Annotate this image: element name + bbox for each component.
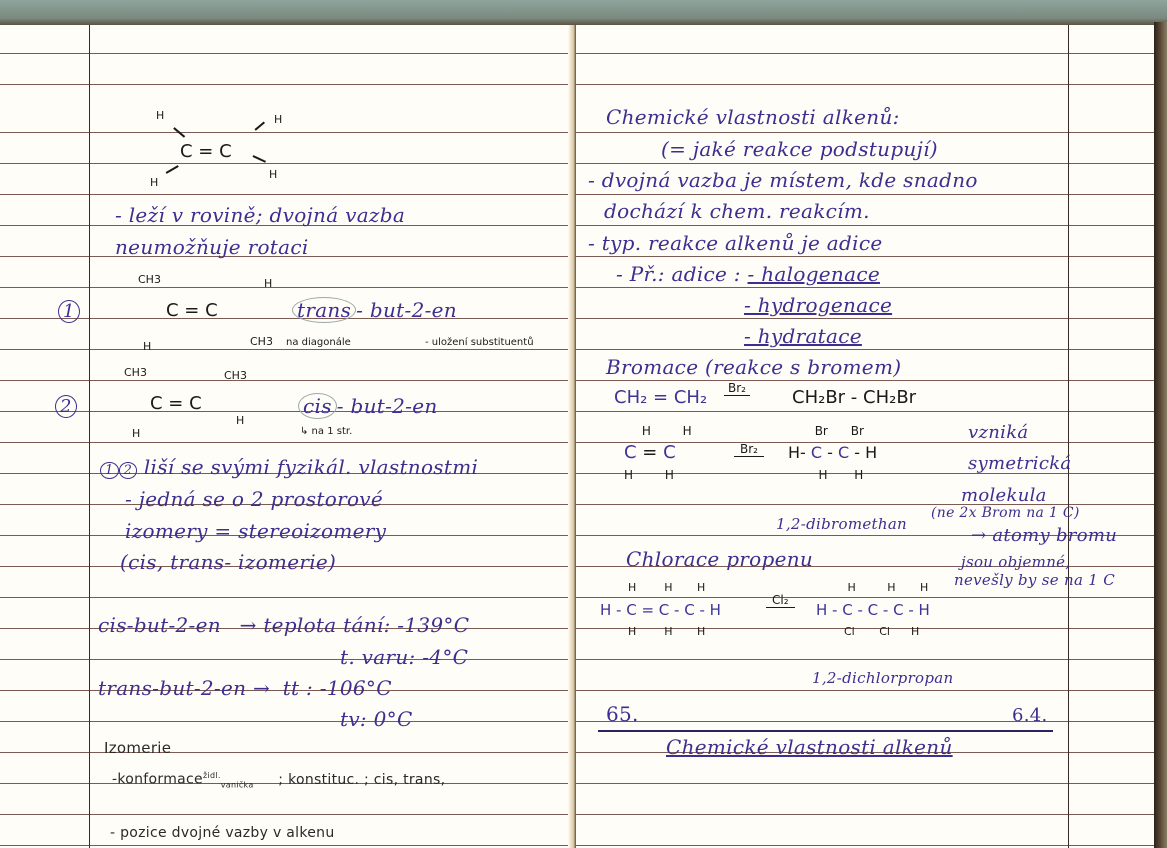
bromace-equation-right: CH₂Br - CH₂Br <box>792 387 916 408</box>
left-page: H H C = C H H - leží v rovině; dvojná va… <box>0 25 576 848</box>
dibromethane-structural: Br Br H- C - C - H H H <box>788 420 877 486</box>
property-cis-melting: cis-but-2-en → teplota tání: -139°C <box>98 613 469 637</box>
right-subheading: (= jaké reakce podstupují) <box>661 137 938 161</box>
difference-note-line-3: izomery = stereoizomery <box>125 519 386 543</box>
property-trans-boiling: tv: 0°C <box>340 707 413 731</box>
pencil-line-2: - pozice dvojné vazby v alkenu <box>110 825 335 841</box>
isomer-2-name: cis- but-2-en <box>298 393 438 419</box>
right-line-3: - typ. reakce alkenů je adice <box>588 231 882 255</box>
bromace-equation-left: CH₂ = CH₂ <box>614 387 707 408</box>
right-page: Chemické vlastnosti alkenů: (= jaké reak… <box>576 25 1154 848</box>
isomer-2-marker: 2 <box>55 395 77 418</box>
bromace-product-name: 1,2-dibromethan <box>776 515 907 533</box>
bromace-title: Bromace (reakce s bromem) <box>606 355 901 379</box>
adice-line: - Př.: adice : - halogenace <box>616 262 880 286</box>
lesson-number: 65. <box>606 702 639 726</box>
lesson-title: Chemické vlastnosti alkenů <box>666 735 953 759</box>
difference-note-line-2: - jedná se o 2 prostorové <box>125 487 383 511</box>
property-trans-melting: trans-but-2-en → tt : -106°C <box>98 676 392 700</box>
isomer-1-name: trans- but-2-en <box>292 297 457 323</box>
pencil-heading: Izomerie <box>104 739 171 757</box>
note-planar-line-1: - leží v rovině; dvojná vazba <box>115 203 405 227</box>
propene-structural: H H H H - C = C - C - H H H H <box>600 577 721 643</box>
lesson-date: 6.4. <box>1012 705 1048 726</box>
difference-note-line-1: 12 liší se svými fyzikál. vlastnostmi <box>100 455 478 479</box>
chlorace-reagent: Cl₂ <box>766 593 795 608</box>
ethene-structural: H H C = C H H <box>624 420 706 486</box>
notebook-top-edge <box>0 0 1167 26</box>
bromace-reagent: Br₂ <box>724 381 750 396</box>
adice-item-hydratace: - hydratace <box>744 324 862 348</box>
lesson-divider <box>598 730 1053 732</box>
right-line-2: dochází k chem. reakcím. <box>604 199 870 223</box>
right-line-1: - dvojná vazba je místem, kde snadno <box>588 168 978 192</box>
left-margin-line <box>89 25 90 848</box>
chlorace-title: Chlorace propenu <box>626 547 813 571</box>
notebook-right-edge <box>1154 22 1167 848</box>
chlorace-product-name: 1,2-dichlorpropan <box>812 669 954 687</box>
adice-item-hydrogenace: - hydrogenace <box>744 293 892 317</box>
note-planar-line-2: neumožňuje rotaci <box>115 235 309 259</box>
property-cis-boiling: t. varu: -4°C <box>340 645 468 669</box>
difference-note-line-4: (cis, trans- izomerie) <box>120 550 336 574</box>
dichloropropane-structural: H H H H - C - C - C - H Cl Cl H <box>816 577 930 643</box>
right-heading: Chemické vlastnosti alkenů: <box>606 105 900 129</box>
isomer-1-marker: 1 <box>58 300 80 323</box>
pencil-line-1: -konformacežidl.vanička ; konstituc. ; c… <box>112 771 445 789</box>
right-margin-line <box>1068 25 1069 848</box>
